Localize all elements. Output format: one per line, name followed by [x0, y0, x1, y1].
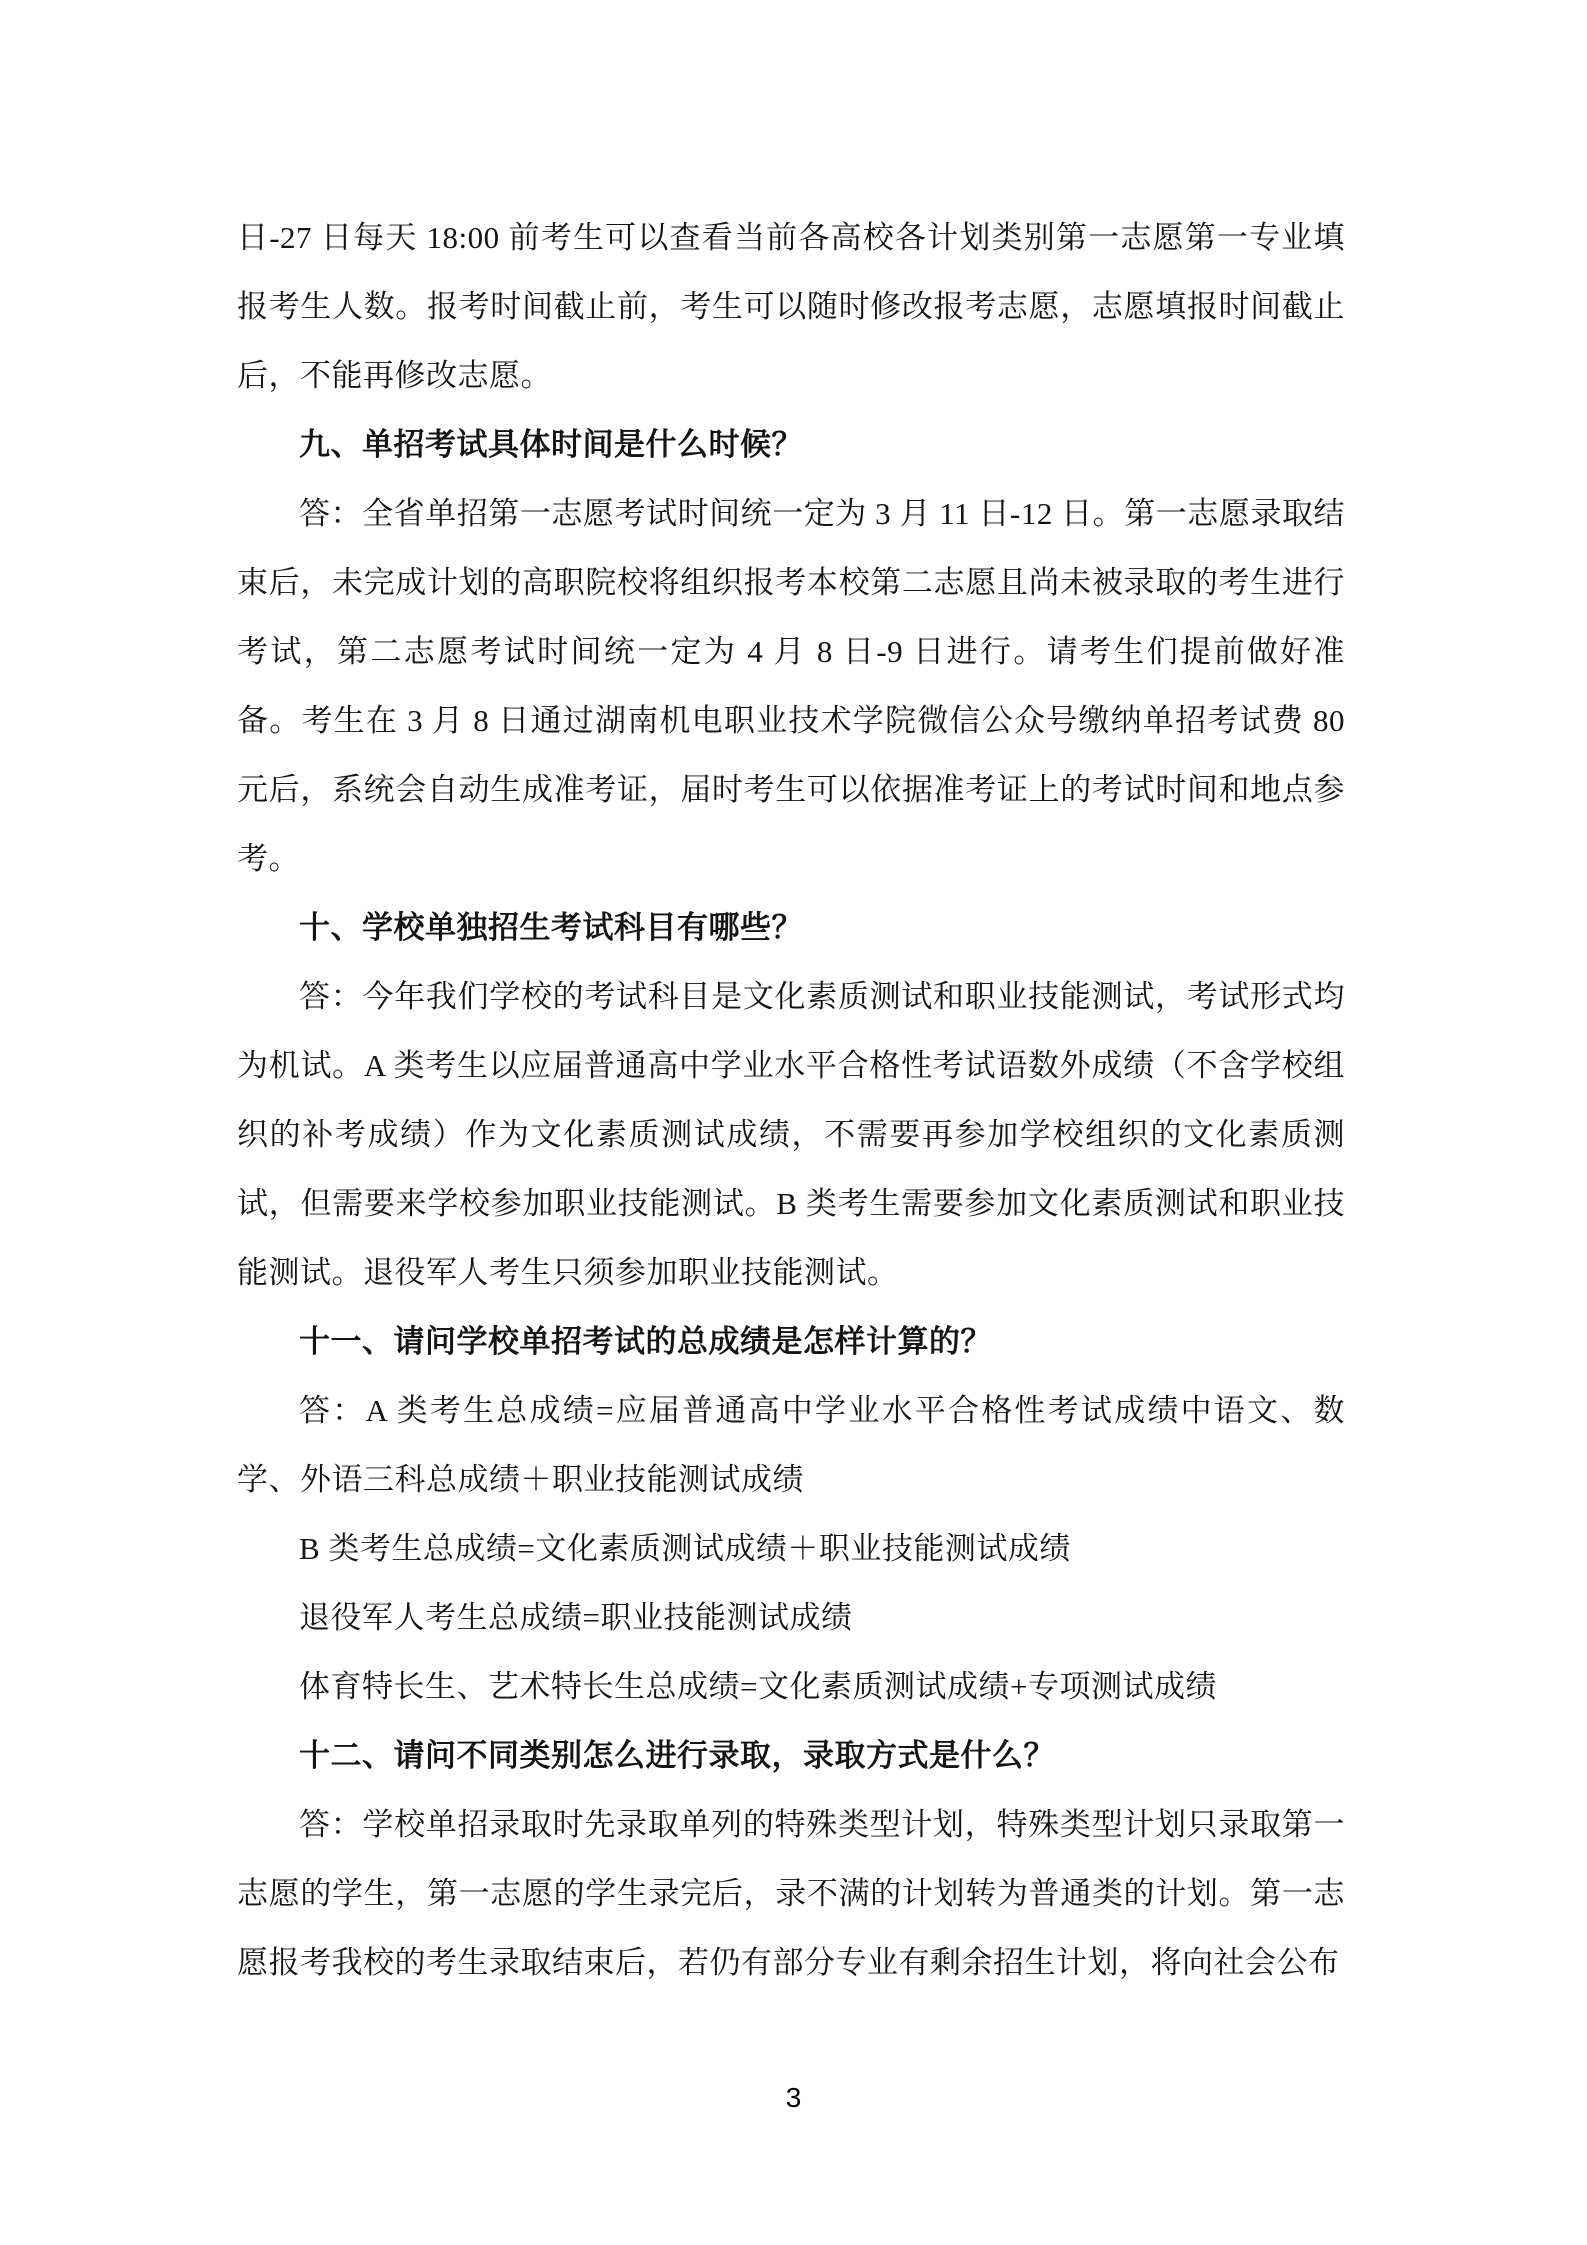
paragraph-continued-from-previous-page: 日-27 日每天 18:00 前考生可以查看当前各高校各计划类别第一志愿第一专业… — [237, 203, 1345, 410]
faq-question-11-heading: 十一、请问学校单招考试的总成绩是怎样计算的？ — [237, 1307, 1345, 1376]
faq-question-9-heading: 九、单招考试具体时间是什么时候？ — [237, 410, 1345, 479]
faq-answer-12-paragraph: 答：学校单招录取时先录取单列的特殊类型计划，特殊类型计划只录取第一志愿的学生，第… — [237, 1790, 1345, 1997]
faq-answer-10-paragraph: 答：今年我们学校的考试科目是文化素质测试和职业技能测试，考试形式均为机试。A 类… — [237, 962, 1345, 1307]
faq-answer-11-formula-special: 体育特长生、艺术特长生总成绩=文化素质测试成绩+专项测试成绩 — [237, 1652, 1345, 1721]
faq-answer-9-paragraph: 答：全省单招第一志愿考试时间统一定为 3 月 11 日-12 日。第一志愿录取结… — [237, 479, 1345, 893]
faq-question-12-heading: 十二、请问不同类别怎么进行录取，录取方式是什么？ — [237, 1721, 1345, 1790]
faq-answer-11-formula-b: B 类考生总成绩=文化素质测试成绩＋职业技能测试成绩 — [237, 1514, 1345, 1583]
faq-question-10-heading: 十、学校单独招生考试科目有哪些？ — [237, 893, 1345, 962]
document-page: 日-27 日每天 18:00 前考生可以查看当前各高校各计划类别第一志愿第一专业… — [0, 0, 1587, 2245]
page-number: 3 — [0, 2078, 1587, 2118]
faq-answer-11-formula-veteran: 退役军人考生总成绩=职业技能测试成绩 — [237, 1583, 1345, 1652]
faq-answer-11-formula-a: 答：A 类考生总成绩=应届普通高中学业水平合格性考试成绩中语文、数学、外语三科总… — [237, 1376, 1345, 1514]
page-content: 日-27 日每天 18:00 前考生可以查看当前各高校各计划类别第一志愿第一专业… — [237, 203, 1345, 1997]
